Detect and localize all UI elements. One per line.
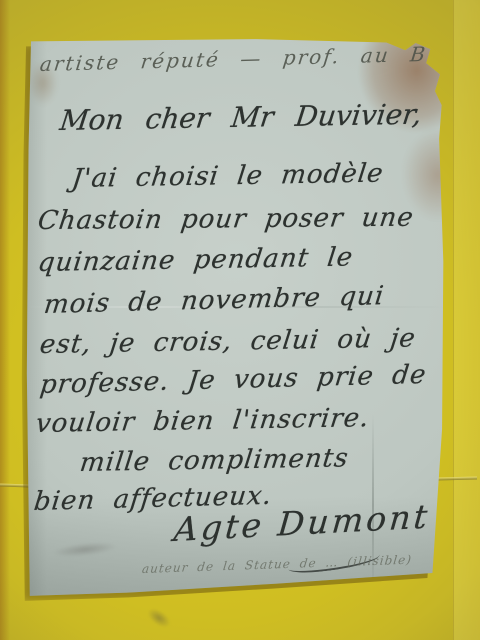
- letter-body-line: Chastoin pour poser une: [36, 203, 416, 236]
- letter-body-line: est, je crois, celui où je: [38, 323, 418, 360]
- background-right-band: [453, 0, 480, 640]
- letter-salutation: Mon cher Mr Duvivier,: [58, 98, 424, 137]
- letter-closing-line: mille compliments: [78, 443, 350, 478]
- letter-body-line: mois de novembre qui: [42, 281, 386, 320]
- background-left-edge-shading: [0, 0, 10, 640]
- letter-paper: artiste réputé — prof. au B.A Mon cher M…: [26, 38, 445, 597]
- photo-scene: artiste réputé — prof. au B.A Mon cher M…: [0, 0, 480, 640]
- pencil-annotation-header: artiste réputé — prof. au B.A: [39, 41, 454, 76]
- background-smudge: [144, 605, 173, 631]
- letter-body-line: J'ai choisi le modèle: [70, 159, 385, 194]
- letter-body-line: professe. Je vous prie de: [38, 360, 428, 400]
- letter-body-line: quinzaine pendant le: [36, 243, 355, 278]
- letter-body-line: vouloir bien l'inscrire.: [34, 403, 371, 439]
- pencil-smudge-bottom-left: [52, 540, 119, 560]
